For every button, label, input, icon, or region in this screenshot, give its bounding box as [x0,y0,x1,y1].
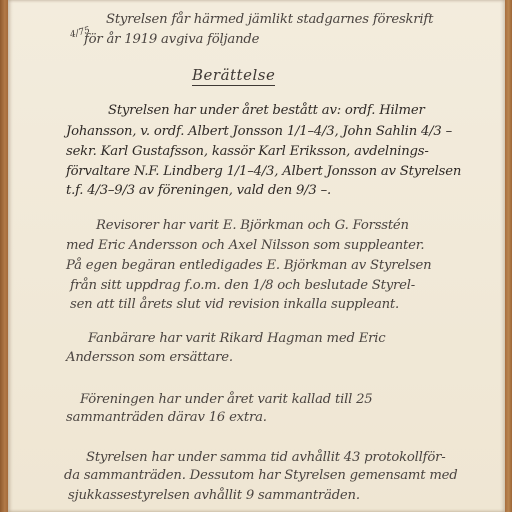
manuscript-page: 4/75 Styrelsen får härmed jämlikt stadga… [8,0,505,512]
paragraph-line: förvaltare N.F. Lindberg 1/1–4/3, Albert… [66,164,461,179]
intro-line: Styrelsen får härmed jämlikt stadgarnes … [106,12,433,27]
paragraph-line: från sitt uppdrag f.o.m. den 1/8 och bes… [70,278,415,293]
paragraph-line: da sammanträden. Dessutom har Styrelsen … [64,468,457,483]
binder-edge-left [0,0,8,512]
paragraph-line: Styrelsen har under samma tid avhållit 4… [86,450,445,465]
paragraph-line: Fanbärare har varit Rikard Hagman med Er… [88,331,385,346]
paragraph-line: sekr. Karl Gustafsson, kassör Karl Eriks… [66,144,429,159]
paragraph-line: sen att till årets slut vid revision ink… [70,297,399,312]
paragraph-line: Föreningen har under året varit kallad t… [80,392,373,407]
paragraph-line: På egen begäran entledigades E. Björkman… [66,258,431,273]
handwritten-text: Styrelsen får härmed jämlikt stadgarnes … [8,0,505,512]
intro-line: för år 1919 avgiva följande [84,32,259,47]
paragraph-line: sjukkassestyrelsen avhållit 9 sammanträd… [68,488,360,503]
paragraph-line: Andersson som ersättare. [66,350,233,365]
document-heading: Berättelse [192,66,275,86]
binder-edge-right [505,0,512,512]
paragraph-line: Styrelsen har under året bestått av: ord… [108,103,425,118]
paragraph-line: Revisorer har varit E. Björkman och G. F… [96,218,409,233]
paragraph-line: Johansson, v. ordf. Albert Jonsson 1/1–4… [66,124,452,139]
paragraph-line: sammanträden därav 16 extra. [66,410,267,425]
paragraph-line: t.f. 4/3–9/3 av föreningen, vald den 9/3… [66,183,331,198]
paragraph-line: med Eric Andersson och Axel Nilsson som … [66,238,424,253]
